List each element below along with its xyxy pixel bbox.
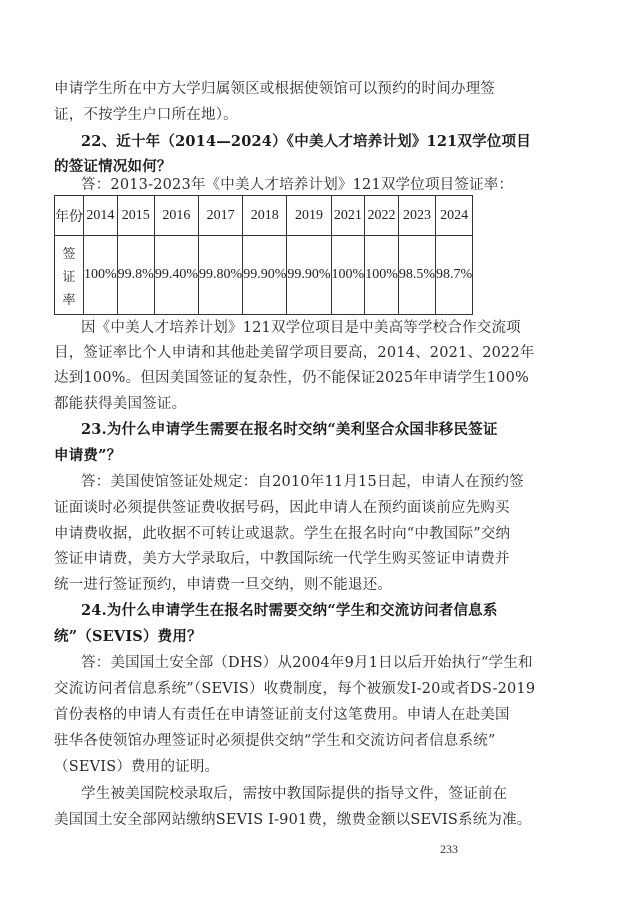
paragraph-line: 证，不按学生户口所在地）。	[54, 105, 468, 125]
table-rate-cell: 99.80%	[199, 236, 243, 315]
table-rate-cell: 98.7%	[436, 236, 473, 315]
table-year-cell: 2023	[398, 196, 435, 236]
table-year-cell: 2015	[117, 196, 154, 236]
table-row-label: 签 证 率	[55, 236, 84, 315]
table-year-cell: 2018	[243, 196, 287, 236]
table-rate-row: 签 证 率 100% 99.8% 99.40% 99.80% 99.90% 99…	[55, 236, 473, 315]
question-22-heading: 的签证情况如何？	[54, 157, 468, 177]
question-23-heading: 申请费”？	[54, 446, 468, 466]
table-header-row: 年份 2014 2015 2016 2017 2018 2019 2021 20…	[55, 196, 473, 236]
table-year-cell: 2021	[331, 196, 365, 236]
visa-rate-table: 年份 2014 2015 2016 2017 2018 2019 2021 20…	[54, 195, 473, 315]
answer-22-intro: 答：2013-2023年《中美人才培养计划》121双学位项目签证率：	[81, 175, 495, 195]
table-rate-cell: 99.8%	[117, 236, 154, 315]
row-label-char: 证	[62, 266, 75, 285]
table-year-cell: 2022	[365, 196, 399, 236]
question-24-heading: 统”（SEVIS）费用？	[54, 627, 468, 647]
table-rate-cell: 100%	[331, 236, 365, 315]
row-label-char: 率	[62, 289, 75, 308]
paragraph-line: 申请费收据，此收据不可转让或退款。学生在报名时向“中教国际”交纳	[54, 524, 468, 544]
paragraph-line: 签证申请费，美方大学录取后，中教国际统一代学生购买签证申请费并	[54, 549, 468, 569]
paragraph-line: 达到100%。但因美国签证的复杂性，仍不能保证2025年申请学生100%	[54, 368, 468, 388]
row-label-char: 签	[62, 243, 75, 262]
paragraph-line: 答：美国国土安全部（DHS）从2004年9月1日以后开始执行“学生和	[81, 653, 495, 673]
paragraph-line: 因《中美人才培养计划》121双学位项目是中美高等学校合作交流项	[81, 318, 495, 338]
table-rate-cell: 99.40%	[154, 236, 198, 315]
table-year-cell: 2024	[436, 196, 473, 236]
table-year-cell: 2016	[154, 196, 198, 236]
table-rate-cell: 99.90%	[287, 236, 331, 315]
table-rate-cell: 98.5%	[398, 236, 435, 315]
paragraph-line: 交流访问者信息系统”（SEVIS）收费制度，每个被颁发I-20或者DS-2019	[54, 679, 468, 699]
paragraph-line: 目，签证率比个人申请和其他赴美留学项目要高，2014、2021、2022年	[54, 343, 468, 363]
paragraph-line: 首份表格的申请人有责任在申请签证前支付这笔费用。申请人在赴美国	[54, 705, 468, 725]
question-23-heading: 23.为什么申请学生需要在报名时交纳“美利坚合众国非移民签证	[81, 420, 495, 440]
question-24-heading: 24.为什么申请学生在报名时需要交纳“学生和交流访问者信息系	[81, 601, 495, 621]
table-year-cell: 2014	[84, 196, 118, 236]
table-year-cell: 2017	[199, 196, 243, 236]
table-header-label: 年份	[55, 196, 84, 236]
page-number: 233	[440, 842, 458, 857]
table-rate-cell: 99.90%	[243, 236, 287, 315]
table-rate-cell: 100%	[365, 236, 399, 315]
paragraph-line: 答：美国使馆签证处规定：自2010年11月15日起，申请人在预约签	[81, 472, 495, 492]
paragraph-line: （SEVIS）费用的证明。	[54, 757, 468, 777]
question-22-heading: 22、近十年（2014—2024）《中美人才培养计划》121双学位项目	[81, 132, 495, 152]
paragraph-line: 统一进行签证预约，申请费一旦交纳，则不能退还。	[54, 575, 468, 595]
paragraph-line: 美国国土安全部网站缴纳SEVIS I-901费，缴费金额以SEVIS系统为准。	[54, 810, 468, 830]
table-rate-cell: 100%	[84, 236, 118, 315]
paragraph-line: 申请学生所在中方大学归属领区或根据使领馆可以预约的时间办理签	[54, 79, 468, 99]
table-year-cell: 2019	[287, 196, 331, 236]
paragraph-line: 学生被美国院校录取后，需按中教国际提供的指导文件，签证前在	[81, 784, 495, 804]
paragraph-line: 都能获得美国签证。	[54, 394, 468, 414]
paragraph-line: 证面谈时必须提供签证费收据号码，因此申请人在预约面谈前应先购买	[54, 498, 468, 518]
paragraph-line: 驻华各使领馆办理签证时必须提供交纳“学生和交流访问者信息系统”	[54, 731, 468, 751]
